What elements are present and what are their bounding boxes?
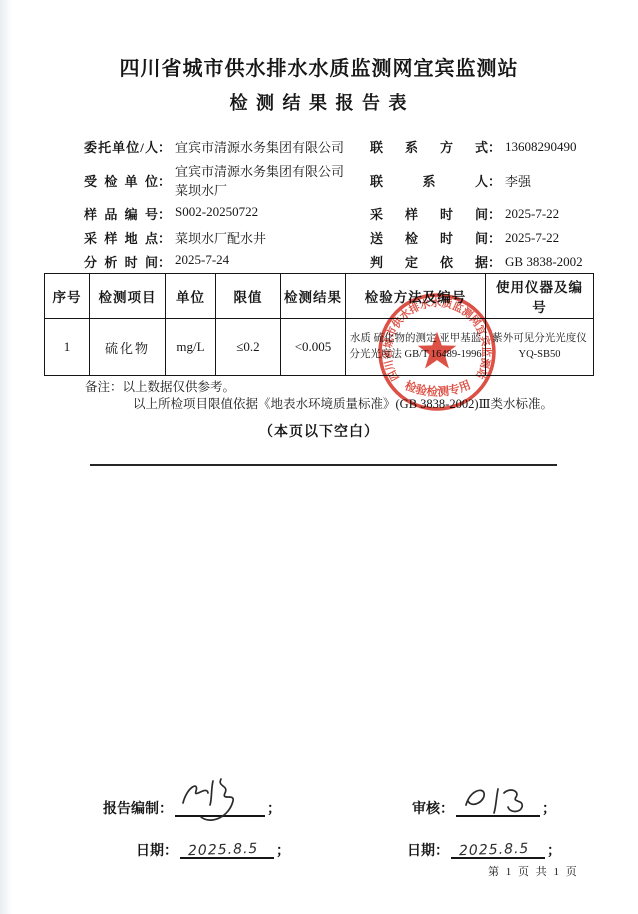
report-page: 四川省城市供水排水水质监测网宜宾监测站 检 测 结 果 报 告 表 委托单位/人…: [0, 0, 638, 914]
colon: ：: [158, 171, 171, 190]
prepared-date-value: 2025.8.5: [188, 841, 259, 859]
info-row-4: 采样地点： 菜坝水厂配水井 送检时间： 2025-7-22: [84, 228, 612, 247]
cell-index: 1: [45, 319, 90, 376]
inspected-unit-line1: 宜宾市清源水务集团有限公司: [175, 164, 344, 179]
prepared-date-row: 日期：2025.8.5；: [136, 840, 290, 860]
analysis-time-value: 2025-7-24: [175, 252, 229, 271]
table-row: 1 硫化物 mg/L ≤0.2 <0.005 水质 硫化物的测定 亚甲基蓝分光光…: [45, 319, 594, 376]
colon: ：: [158, 228, 171, 247]
col-instrument: 使用仪器及编号: [486, 274, 594, 319]
reviewer-signature-line: [456, 799, 540, 817]
info-row-1: 委托单位/人： 宜宾市清源水务集团有限公司 联系方式： 13608290490: [84, 137, 612, 156]
client-value: 宜宾市清源水务集团有限公司: [175, 137, 344, 156]
review-date-value: 2025.8.5: [459, 841, 530, 859]
station-title: 四川省城市供水排水水质监测网宜宾监测站: [0, 52, 638, 81]
cell-unit: mg/L: [166, 319, 216, 376]
analysis-time-field: 分析时间： 2025-7-24: [84, 252, 370, 271]
review-date-label: 日期：: [407, 844, 449, 859]
col-limit: 限值: [216, 274, 281, 319]
colon: ：: [158, 252, 171, 271]
results-table: 序号 检测项目 单位 限值 检测结果 检验方法及编号 使用仪器及编号 1 硫化物…: [44, 273, 594, 376]
reviewer-signature-icon: [458, 781, 534, 825]
inspected-unit-label: 受检单位: [84, 171, 158, 190]
col-index: 序号: [45, 274, 90, 319]
sampling-time-label: 采样时间: [370, 204, 488, 223]
seal-icon: 四川省城市供水排水水质监测网宜宾监测站 检验检测专用章: [376, 291, 498, 413]
inspected-unit-field: 受检单位： 宜宾市清源水务集团有限公司菜坝水厂: [84, 161, 370, 199]
contact-person-value: 李强: [505, 171, 531, 190]
prepared-by-row: 报告编制：；: [103, 798, 281, 818]
cell-limit: ≤0.2: [216, 319, 281, 376]
review-date-row: 日期：2025.8.5；: [407, 840, 561, 860]
semicolon: ；: [267, 802, 281, 817]
seal-star-icon: [418, 332, 457, 369]
colon: ：: [488, 204, 501, 223]
client-field: 委托单位/人： 宜宾市清源水务集团有限公司: [84, 137, 370, 156]
report-title: 检 测 结 果 报 告 表: [0, 89, 638, 115]
page-number: 第 1 页 共 1 页: [488, 863, 579, 879]
colon: ：: [158, 137, 171, 156]
inspection-seal-stamp: 四川省城市供水排水水质监测网宜宾监测站 检验检测专用章: [376, 291, 498, 413]
judgment-basis-value: GB 3838-2002: [505, 254, 583, 270]
cell-result: <0.005: [281, 319, 346, 376]
client-label: 委托单位/人: [84, 137, 158, 156]
info-row-3: 样品编号： S002-20250722 采样时间： 2025-7-22: [84, 204, 612, 223]
info-section: 委托单位/人： 宜宾市清源水务集团有限公司 联系方式： 13608290490 …: [84, 137, 612, 276]
colon: ：: [488, 228, 501, 247]
sampling-site-label: 采样地点: [84, 228, 158, 247]
separator-line: [90, 464, 557, 466]
sampling-time-value: 2025-7-22: [505, 206, 559, 222]
inspected-unit-value: 宜宾市清源水务集团有限公司菜坝水厂: [175, 161, 344, 199]
col-item: 检测项目: [90, 274, 166, 319]
prepared-date-label: 日期：: [136, 844, 178, 859]
sampling-site-value: 菜坝水厂配水井: [175, 228, 266, 247]
sampling-site-field: 采样地点： 菜坝水厂配水井: [84, 228, 370, 247]
delivery-time-label: 送检时间: [370, 228, 488, 247]
prepared-signature-icon: [177, 773, 255, 825]
semicolon: ；: [276, 844, 290, 859]
colon: ：: [488, 137, 501, 156]
judgment-basis-label: 判定依据: [370, 252, 488, 271]
semicolon: ；: [542, 802, 556, 817]
delivery-time-field: 送检时间： 2025-7-22: [370, 228, 612, 247]
contact-number-value: 13608290490: [505, 139, 577, 155]
analysis-time-label: 分析时间: [84, 252, 158, 271]
colon: ：: [488, 252, 501, 271]
sampling-time-field: 采样时间： 2025-7-22: [370, 204, 612, 223]
table-header-row: 序号 检测项目 单位 限值 检测结果 检验方法及编号 使用仪器及编号: [45, 274, 594, 319]
info-row-2: 受检单位： 宜宾市清源水务集团有限公司菜坝水厂 联系人： 李强: [84, 161, 612, 199]
semicolon: ；: [547, 844, 561, 859]
colon: ：: [158, 204, 171, 223]
reviewer-label: 审核：: [412, 802, 454, 817]
review-date-line: 2025.8.5: [451, 841, 545, 859]
prepared-by-signature-line: [175, 799, 265, 817]
contact-number-label: 联系方式: [370, 137, 488, 156]
prepared-by-label: 报告编制：: [103, 802, 173, 817]
blank-below-note: （本页以下空白）: [0, 421, 638, 441]
inspected-unit-line2: 菜坝水厂: [175, 180, 344, 199]
cell-instrument: 紫外可见分光光度仪 YQ-SB50: [486, 319, 594, 376]
scan-edge-artifact: [0, 0, 12, 914]
delivery-time-value: 2025-7-22: [505, 230, 559, 246]
cell-item: 硫化物: [90, 319, 166, 376]
sample-id-field: 样品编号： S002-20250722: [84, 204, 370, 223]
contact-person-label: 联系人: [370, 171, 488, 190]
contact-person-field: 联系人： 李强: [370, 161, 612, 199]
judgment-basis-field: 判定依据： GB 3838-2002: [370, 252, 612, 271]
colon: ：: [488, 171, 501, 190]
sample-id-label: 样品编号: [84, 204, 158, 223]
prepared-date-line: 2025.8.5: [180, 841, 274, 859]
contact-number-field: 联系方式： 13608290490: [370, 137, 612, 156]
col-unit: 单位: [166, 274, 216, 319]
sample-id-value: S002-20250722: [175, 204, 258, 223]
info-row-5: 分析时间： 2025-7-24 判定依据： GB 3838-2002: [84, 252, 612, 271]
col-result: 检测结果: [281, 274, 346, 319]
reviewer-row: 审核：；: [412, 798, 556, 818]
